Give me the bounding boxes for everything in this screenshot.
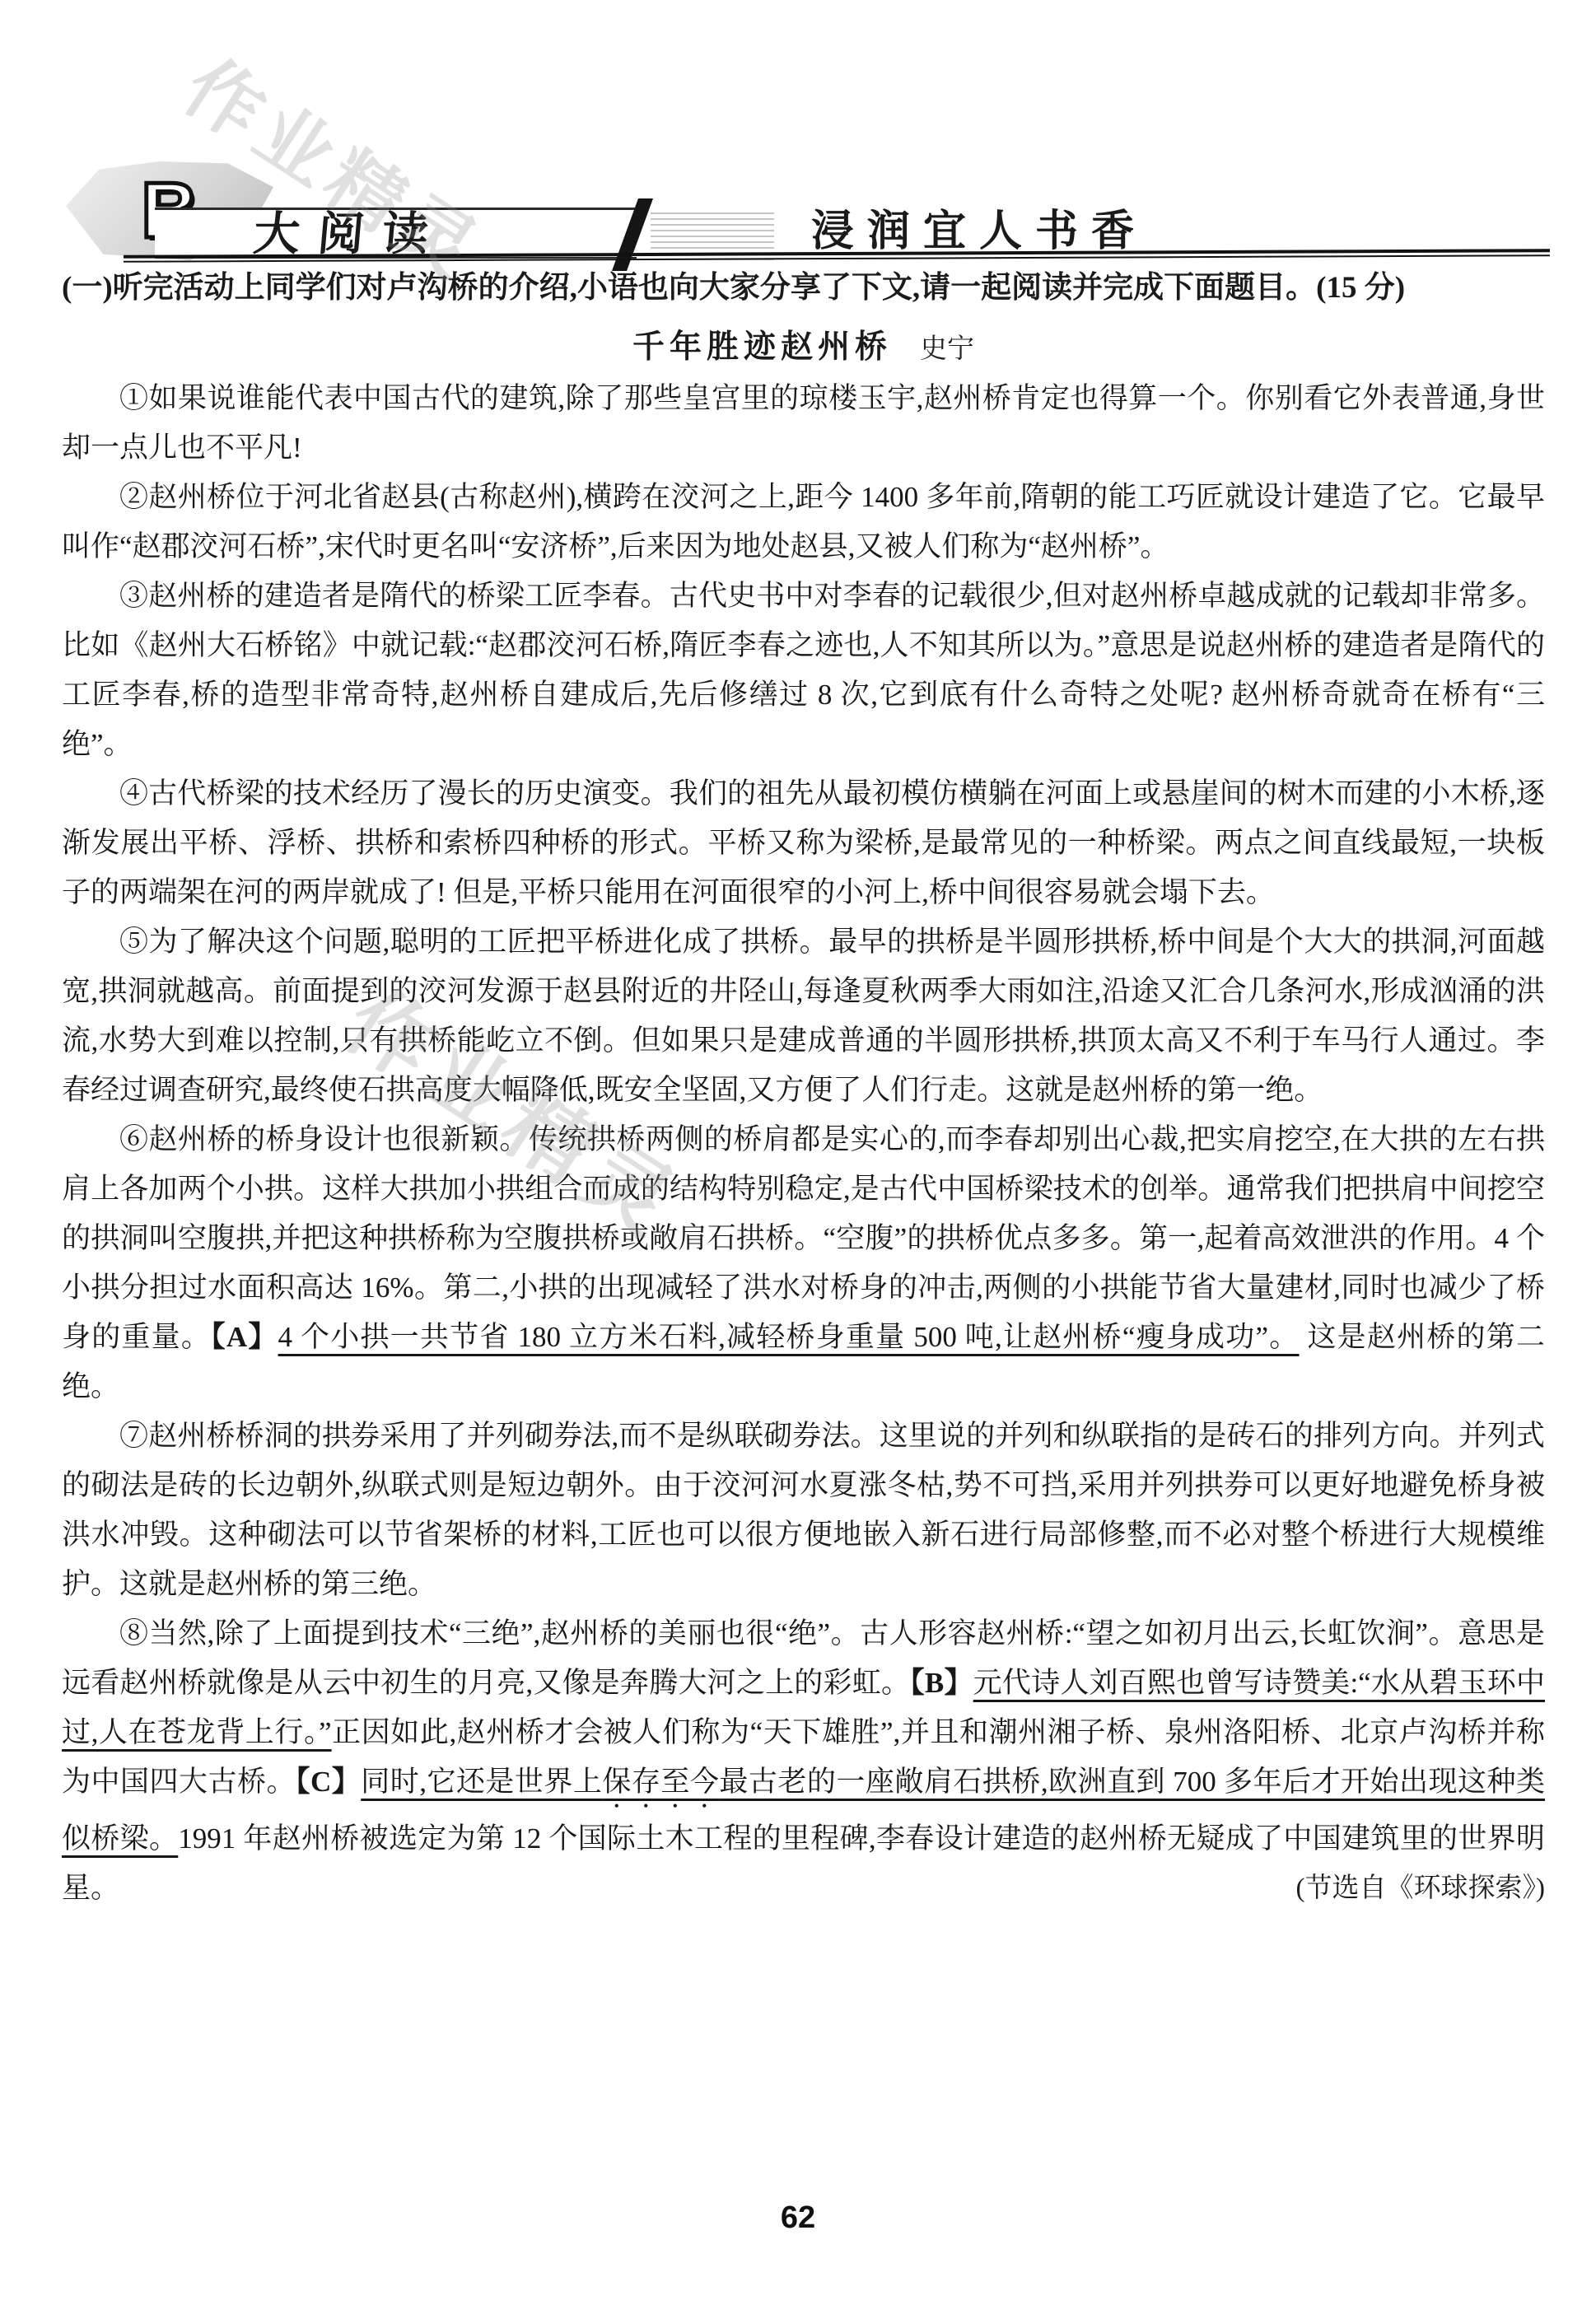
passage-attribution: (节选自《环球探索》) bbox=[62, 1864, 1545, 1913]
passage-title: 千年胜迹赵州桥 bbox=[632, 329, 892, 365]
section-banner: 大阅读 bbox=[155, 208, 637, 259]
passage-paragraph: ⑦赵州桥桥洞的拱券采用了并列砌券法,而不是纵联砌券法。这里说的并列和纵联指的是砖… bbox=[62, 1411, 1545, 1609]
passage-segment-mark: 【C】 bbox=[296, 1766, 361, 1798]
exercise-instruction: (一)听完活动上同学们对卢沟桥的介绍,小语也向大家分享了下文,请一起阅读并完成下… bbox=[62, 262, 1545, 315]
passage-paragraph: ②赵州桥位于河北省赵县(古称赵州),横跨在洨河之上,距今 1400 多年前,隋朝… bbox=[62, 473, 1545, 572]
section-title: 大阅读 bbox=[252, 211, 449, 257]
page-content: (一)听完活动上同学们对卢沟桥的介绍,小语也向大家分享了下文,请一起阅读并完成下… bbox=[62, 262, 1545, 1913]
passage-title-row: 千年胜迹赵州桥史宁 bbox=[62, 321, 1545, 374]
workbook-page: B 大阅读 浸润宜人书香 作业精灵 作业精灵 (一)听完活动上同学们对卢沟桥的介… bbox=[0, 0, 1596, 2319]
passage-segment: ②赵州桥位于河北省赵县(古称赵州),横跨在洨河之上,距今 1400 多年前,隋朝… bbox=[62, 481, 1545, 562]
passage-author: 史宁 bbox=[920, 334, 974, 364]
passage-paragraph: ⑥赵州桥的桥身设计也很新颖。传统拱桥两侧的桥肩都是实心的,而李春却别出心裁,把实… bbox=[62, 1115, 1545, 1411]
passage-paragraph: ①如果说谁能代表中国古代的建筑,除了那些皇宫里的琼楼玉宇,赵州桥肯定也得算一个。… bbox=[62, 374, 1545, 473]
passage-segment-mark: 【A】 bbox=[211, 1321, 278, 1353]
passage-segment: ⑥赵州桥的桥身设计也很新颖。传统拱桥两侧的桥肩都是实心的,而李春却别出心裁,把实… bbox=[62, 1123, 1545, 1353]
passage-segment: ④古代桥梁的技术经历了漫长的历史演变。我们的祖先从最初模仿横躺在河面上或悬崖间的… bbox=[62, 777, 1545, 908]
passage-paragraph: ⑤为了解决这个问题,聪明的工匠把平桥进化成了拱桥。最早的拱桥是半圆形拱桥,桥中间… bbox=[62, 917, 1545, 1115]
passage-segment: ③赵州桥的建造者是隋代的桥梁工匠李春。古代史书中对李春的记载很少,但对赵州桥卓越… bbox=[62, 580, 1545, 760]
section-subtitle: 浸润宜人书香 bbox=[811, 196, 1147, 258]
passage-paragraph: ③赵州桥的建造者是隋代的桥梁工匠李春。古代史书中对李春的记载很少,但对赵州桥卓越… bbox=[62, 572, 1545, 769]
section-header: B 大阅读 浸润宜人书香 bbox=[0, 0, 1596, 272]
passage-segment: ⑦赵州桥桥洞的拱券采用了并列砌券法,而不是纵联砌券法。这里说的并列和纵联指的是砖… bbox=[62, 1420, 1545, 1600]
passage-segment: ⑤为了解决这个问题,聪明的工匠把平桥进化成了拱桥。最早的拱桥是半圆形拱桥,桥中间… bbox=[62, 926, 1545, 1106]
passage-paragraph: ④古代桥梁的技术经历了漫长的历史演变。我们的祖先从最初模仿横躺在河面上或悬崖间的… bbox=[62, 769, 1545, 917]
passage-paragraphs: ①如果说谁能代表中国古代的建筑,除了那些皇宫里的琼楼玉宇,赵州桥肯定也得算一个。… bbox=[62, 374, 1545, 1913]
passage-segment-mark: 【B】 bbox=[910, 1667, 973, 1699]
passage-segment-u: 同时,它还是世界上 bbox=[361, 1766, 602, 1798]
passage-segment-u-dots: 保存至今 bbox=[602, 1766, 719, 1798]
passage-segment-u: 4 个小拱一共节省 180 立方米石料,减轻桥身重量 500 吨,让赵州桥“瘦身… bbox=[278, 1321, 1300, 1353]
passage-segment: ①如果说谁能代表中国古代的建筑,除了那些皇宫里的琼楼玉宇,赵州桥肯定也得算一个。… bbox=[62, 382, 1545, 464]
page-number: 62 bbox=[0, 2200, 1596, 2236]
